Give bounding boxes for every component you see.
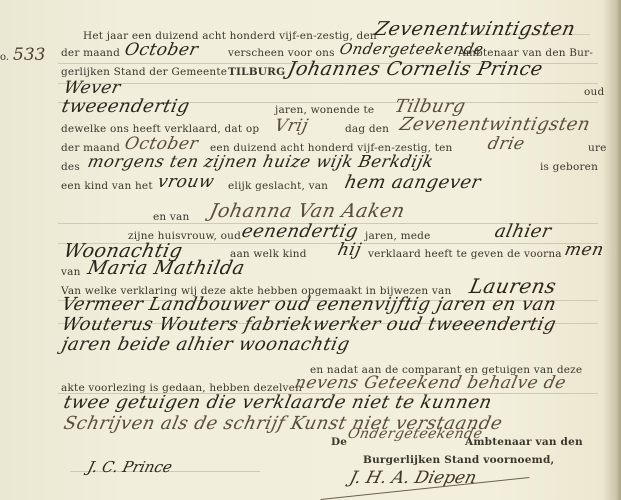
- printed-closing: Burgerlijken Stand voornoemd,: [363, 454, 554, 466]
- printed-closing: Ambtenaar van den: [465, 436, 583, 448]
- act-number-value: 533: [13, 45, 45, 65]
- handwritten-birth-day: Zevenentwintigsten: [398, 114, 593, 135]
- handwritten-birth-hour: drie: [486, 134, 527, 154]
- printed-text: ure: [588, 142, 607, 154]
- handwritten-child-sex: vrouw: [156, 172, 216, 192]
- printed-text: elijk geslacht, van: [228, 180, 328, 192]
- printed-closing: De: [331, 436, 347, 448]
- handwritten-declarant-name: Johannes Cornelis Prince: [286, 58, 545, 80]
- handwritten-weekday: Vrij: [273, 116, 310, 136]
- handwritten-month: October: [123, 40, 200, 60]
- printed-text: is geboren: [540, 161, 598, 173]
- handwritten-mother-name: Johanna Van Aaken: [208, 200, 407, 222]
- act-number: o.533: [0, 45, 45, 65]
- printed-text: dag den: [345, 123, 389, 135]
- handwritten-illiteracy-note-1: twee getuigen die verklaarde niet te kun…: [62, 392, 494, 413]
- handwritten-mother-age: eenendertig: [240, 221, 360, 242]
- act-number-prefix: o.: [0, 52, 9, 63]
- handwritten-witness-2: Wouterus Wouters fabriekwerker oud tweee…: [60, 314, 558, 335]
- handwritten-declarant-age: tweeendertig: [60, 96, 192, 117]
- printed-text: van: [61, 266, 81, 278]
- printed-text: der maand: [61, 47, 120, 59]
- ruled-line: [58, 83, 598, 84]
- printed-text: een kind van het: [61, 180, 153, 192]
- handwritten-birth-month: October: [123, 134, 200, 154]
- handwritten-witness-residence: jaren beide alhier woonachtig: [60, 334, 352, 355]
- register-page: o.533 Het jaar een duizend acht honderd …: [0, 0, 621, 500]
- handwritten-day-of-month: Zevenentwintigsten: [373, 18, 578, 40]
- handwritten-occupation: Wever: [62, 78, 123, 98]
- handwritten-birth-place: morgens ten zijnen huize wijk Berkdijk: [86, 152, 436, 171]
- handwritten-official-title-closing: Ondergeteekende: [346, 426, 484, 442]
- printed-text: en van: [153, 211, 189, 223]
- handwritten-pronoun: hij: [336, 240, 363, 260]
- municipality-name: TILBURG: [228, 66, 285, 78]
- printed-text: verklaard heeft te geven de voorna: [368, 248, 562, 260]
- handwritten-signing-note: nevens Geteekend behalve de: [293, 373, 568, 393]
- handwritten-men-suffix: men: [563, 240, 606, 260]
- handwritten-father: hem aangever: [343, 172, 483, 193]
- handwritten-child-name: Maria Mathilda: [86, 257, 247, 279]
- printed-text: oud: [584, 86, 604, 98]
- printed-text: des: [61, 161, 80, 173]
- handwritten-mother-residence: alhier: [493, 221, 554, 242]
- printed-text: gerlijken Stand der Gemeente: [61, 66, 227, 78]
- page-binding-edge: [615, 0, 621, 500]
- handwritten-witness-1: Vermeer Landbouwer oud eenenvijftig jare…: [60, 294, 558, 315]
- signature-declarant: J. C. Prince: [86, 458, 174, 476]
- printed-text: jaren, mede: [365, 230, 431, 242]
- printed-text: jaren, wonende te: [275, 104, 374, 116]
